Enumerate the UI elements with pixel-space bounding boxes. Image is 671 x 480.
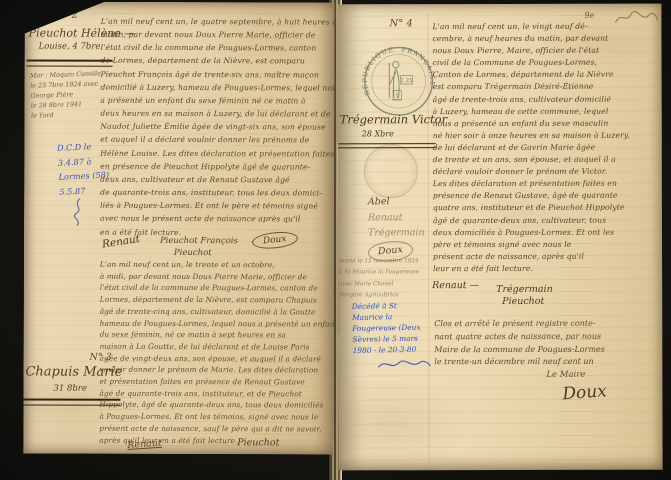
handwritten-line: âgée de vingt-deux ans, son épouse, et a… (100, 352, 333, 365)
handwritten-line: Hippolyte, âgé de quarante-deux ans, tou… (99, 399, 332, 412)
le-maire-label: Le Maire (546, 370, 585, 380)
stamp-value-top: 2 25 (400, 78, 413, 84)
handwritten-line: âgé de trente-trois ans, cultivateur dom… (433, 93, 658, 106)
handwritten-line: Lormes, département de la Nièvre, est co… (100, 294, 333, 307)
act4-margin-double-rule (338, 143, 436, 148)
handwritten-line: à Pougues-Lormes. Et ont les témoins, si… (99, 411, 332, 424)
handwritten-line: L'an mil neuf cent un, le quatre septemb… (101, 15, 334, 29)
handwritten-line: le Yard (31, 108, 102, 120)
margin-signature: Renaut (368, 210, 425, 226)
margin-signature: Abel (368, 194, 425, 210)
handwritten-line: Naudot Juliette Émilie âgée de vingt-six… (100, 120, 333, 134)
handwritten-line: Clos et arrêté le présent registre conte… (434, 318, 659, 331)
embossed-seal (364, 144, 418, 198)
handwritten-line: L'an mil neuf cent un, le vingt neuf dé- (432, 21, 657, 34)
handwritten-line: et auquel il a déclaré vouloir donner le… (100, 133, 333, 147)
signature-doux-mayor: Doux (562, 381, 608, 404)
handwritten-line: né hier soir à onze heures en sa maison … (433, 129, 658, 142)
handwritten-line: présent acte de naissance, sauf le père … (99, 423, 332, 436)
stamp-value-tablets: 2 25 1 (393, 76, 413, 100)
handwritten-line: est comparu Trégermain Désiré-Étienne (433, 81, 658, 94)
right-page: 9e N° 4 RÉPUBLIQUE FRANÇAISE 2 25 1 (337, 4, 662, 471)
act2-margin-name-date: Louise, 4 7bre (39, 42, 101, 52)
act4-margin-name: Trégermain Victor (340, 112, 447, 126)
handwritten-line: hameau de Pougues-Lormes, lequel nous a … (100, 317, 333, 330)
signature-pieuchot: Pieuchot (237, 437, 279, 448)
handwritten-line: liés à Pougues-Lormes. Et ont le père et… (100, 199, 333, 213)
handwritten-line: L'an mil neuf cent un, le trente et un o… (100, 259, 333, 272)
act4-body-text: L'an mil neuf cent un, le vingt neuf dé-… (432, 21, 658, 276)
signature-pieuchot: Pieuchot (502, 296, 544, 307)
act3-margin-date: 31 8bre (53, 384, 87, 394)
handwritten-line: déclaré vouloir donner le prénom de Vict… (433, 166, 658, 179)
handwritten-line: avec Marie Chanel (339, 279, 419, 291)
scanned-register-spread: N° 2 Pieuchot Hélène — Louise, 4 7bre Ma… (0, 0, 671, 480)
handwritten-line: de quarante-trois ans, instituteur, tous… (100, 186, 333, 200)
handwritten-line: présent acte de naissance, après qu'il (433, 250, 658, 263)
signature-pieuchot-francois: Pieuchot François (160, 236, 238, 246)
handwritten-line: Canton de Lormes, département de la Nièv… (433, 69, 658, 82)
act4-margin-signatures: AbelRenautTrégermainDoux (368, 194, 425, 260)
blue-signature-scribble (376, 356, 432, 372)
signature-tregermain: Trégermain (496, 284, 553, 295)
handwritten-line: a présenté un enfant du sexe féminin né … (100, 94, 333, 108)
act3-body-text: L'an mil neuf cent un, le trente et un o… (99, 259, 333, 447)
handwritten-line: quatre ans, instituteur et de Pieuchot H… (433, 202, 658, 215)
handwritten-line: à St Maurice la Fougereuse (339, 268, 419, 280)
handwritten-line: matin, par devant nous Doux Pierre Marie… (101, 28, 334, 42)
stamp-value-bottom: 1 (395, 92, 399, 100)
handwritten-line: père et témoins signé avec nous le (433, 238, 658, 251)
register-closing-text: Clos et arrêté le présent registre conte… (434, 318, 659, 370)
handwritten-line: à midi, par devant nous Doux Pierre Mari… (100, 270, 333, 283)
handwritten-line: deux ans, cultivateur et de Renaut Gusta… (100, 173, 333, 187)
handwritten-line: Les dites déclaration et présentation fa… (433, 178, 658, 191)
handwritten-line: nant quatre actes de naissance, par nous (434, 330, 659, 343)
handwritten-line: vouloir donner le prénom de Marie. Les d… (99, 364, 332, 377)
handwritten-line: maison à La Goutte, de lui déclarant et … (100, 341, 333, 354)
handwritten-line: deux heures en sa maison à Luzery, de lu… (100, 107, 333, 121)
handwritten-line: marié le 15 novembre 1924 (339, 256, 419, 268)
left-page: N° 2 Pieuchot Hélène — Louise, 4 7bre Ma… (23, 1, 335, 454)
handwritten-line: Pieuchot François âgé de trente-six ans,… (101, 67, 334, 81)
signature-renaut: Renaut — (432, 280, 479, 291)
handwritten-line: de Lormes, département de la Nièvre, est… (101, 54, 334, 68)
handwritten-line: présence de Renaut Gustave, âgé de quara… (433, 190, 658, 203)
handwritten-line: cembre, à neuf heures du matin, par deva… (432, 33, 657, 46)
handwritten-line: âgé de quarante-trois ans, instituteur, … (99, 387, 332, 400)
handwritten-line: de lui déclarant et de Gavrin Marie âgée (433, 142, 658, 155)
folio-corner-mark: 9e (584, 11, 594, 20)
act2-number: N° 2 (55, 10, 78, 21)
act2-margin-marriage-note: Mar : Moquin Camillele 23 7bre 1924 avec… (30, 69, 103, 121)
handwritten-line: domicilié à Luzery, hameau de Pougues-Lo… (100, 81, 333, 95)
act4-margin-death-note-blue: Décédé à StMaurice laFougereuse (DeuxSèv… (352, 300, 421, 356)
handwritten-line: de trente et un ans, son épouse, et auqu… (433, 154, 658, 167)
handwritten-line: civil de la Commune de Pougues-Lormes, (433, 57, 658, 70)
handwritten-line: l'état civil de la commune de Pougues-Lo… (101, 41, 334, 55)
handwritten-line: Hélène Louise. Les dites déclaration et … (100, 146, 333, 160)
blue-paraphe-scribble (70, 198, 86, 228)
handwritten-line: deux domiciliés à Pougues-Lormes. Et ont… (433, 226, 658, 239)
signature-pieuchot: Pieuchot (174, 248, 212, 258)
handwritten-line: Maire de la commune de Pougues-Lormes (434, 343, 659, 356)
handwritten-line: âgé de quarante-deux ans, cultivateur, t… (433, 214, 658, 227)
handwritten-line: nous Doux Pierre, Maire, officier de l'é… (432, 45, 657, 58)
handwritten-line: à Luzery, hameau de cette commune, leque… (433, 105, 658, 118)
handwritten-line: avec nous le présent acte de naissance a… (100, 212, 333, 226)
handwritten-line: leur en a été fait lecture. (433, 262, 658, 275)
margin-signature: Trégermain (368, 225, 425, 241)
act4-margin-marriage-mention: marié le 15 novembre 1924à St Maurice la… (339, 256, 419, 302)
republique-francaise-fiscal-stamp: RÉPUBLIQUE FRANÇAISE 2 25 1 (361, 44, 435, 118)
handwritten-line: nous a présenté un enfant du sexe mascul… (433, 117, 658, 130)
handwritten-line: en présence de Pieuchot Hippolyte âgé de… (100, 159, 333, 173)
handwritten-line: le trente-un décembre mil neuf cent un (434, 356, 659, 369)
act2-body-text: L'an mil neuf cent un, le quatre septemb… (100, 15, 334, 239)
handwritten-line: âgé de trente-cinq ans, cultivateur, dom… (100, 306, 333, 319)
handwritten-line: du sexe féminin, né ce matin à sept heur… (100, 329, 333, 342)
handwritten-line: et présentation faites en présence de Re… (99, 376, 332, 389)
act4-number: N° 4 (389, 18, 412, 29)
signature-renaut: Renaut (127, 438, 162, 451)
act4-margin-date: 28 Xbre (362, 129, 394, 138)
handwritten-line: 1980 - le 20-3-80 (353, 344, 422, 356)
handwritten-line: l'état civil de la commune de Pougues-Lo… (100, 282, 333, 295)
